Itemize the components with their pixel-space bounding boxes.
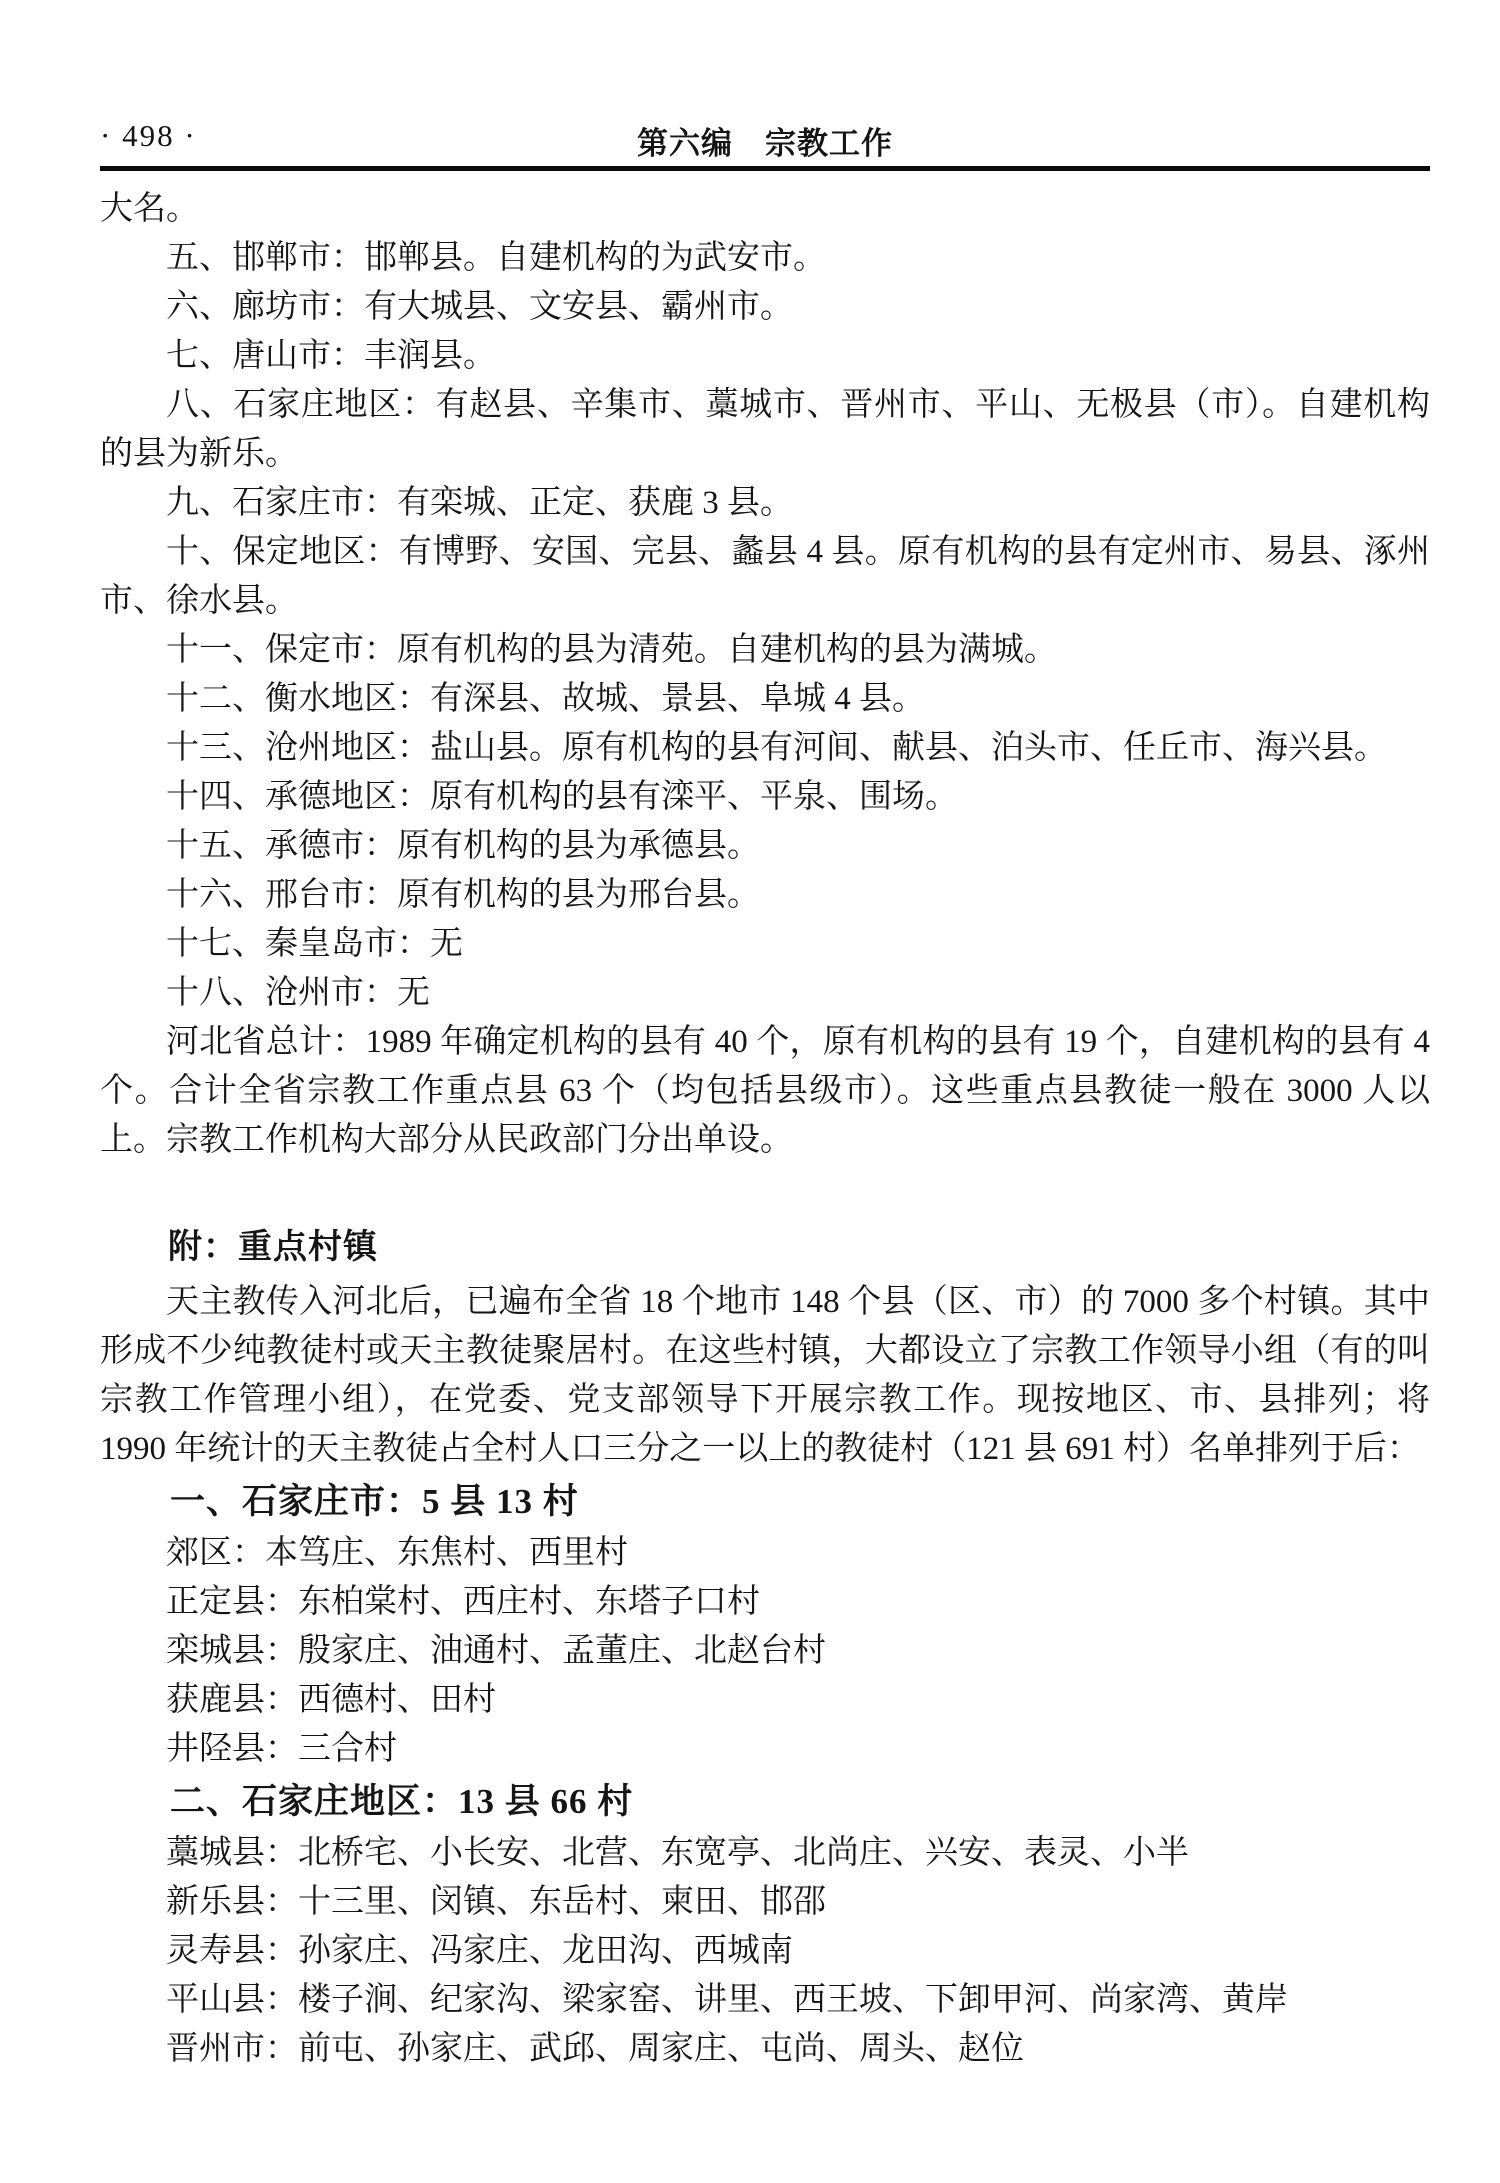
numbered-item-6: 六、廊坊市：有大城县、文安县、霸州市。 [100,283,1430,332]
body-text: 大名。 五、邯郸市：邯郸县。自建机构的为武安市。 六、廊坊市：有大城县、文安县、… [100,185,1430,2074]
numbered-item-11: 十一、保定市：原有机构的县为清苑。自建机构的县为满城。 [100,626,1430,675]
village-row: 平山县：楼子涧、纪家沟、梁家窑、讲里、西王坡、下卸甲河、尚家湾、黄岸 [100,1976,1430,2025]
continuation-line: 大名。 [100,185,1430,234]
village-row: 栾城县：殷家庄、油通村、孟董庄、北赵台村 [100,1627,1430,1676]
appendix-heading: 附：重点村镇 [100,1223,1430,1272]
province-summary: 河北省总计：1989 年确定机构的县有 40 个，原有机构的县有 19 个，自建… [100,1018,1430,1165]
village-row: 灵寿县：孙家庄、冯家庄、龙田沟、西城南 [100,1927,1430,1976]
village-row: 郊区：本笃庄、东焦村、西里村 [100,1529,1430,1578]
numbered-item-13: 十三、沧州地区：盐山县。原有机构的县有河间、献县、泊头市、任丘市、海兴县。 [100,724,1430,773]
village-row: 晋州市：前屯、孙家庄、武邱、周家庄、屯尚、周头、赵位 [100,2025,1430,2074]
section-heading-2: 二、石家庄地区：13 县 66 村 [100,1774,1430,1829]
numbered-item-16: 十六、邢台市：原有机构的县为邢台县。 [100,871,1430,920]
numbered-item-18: 十八、沧州市：无 [100,969,1430,1018]
village-row: 井陉县：三合村 [100,1725,1430,1774]
section-heading-1: 一、石家庄市：5 县 13 村 [100,1474,1430,1529]
numbered-item-17: 十七、秦皇岛市：无 [100,920,1430,969]
numbered-item-15: 十五、承德市：原有机构的县为承德县。 [100,822,1430,871]
numbered-item-8: 八、石家庄地区：有赵县、辛集市、藁城市、晋州市、平山、无极县（市）。自建机构的县… [100,381,1430,479]
running-head: · 498 · 第六编 宗教工作 [100,118,1430,158]
numbered-item-10: 十、保定地区：有博野、安国、完县、蠡县 4 县。原有机构的县有定州市、易县、涿州… [100,528,1430,626]
village-row: 新乐县：十三里、闵镇、东岳村、柬田、邯邵 [100,1878,1430,1927]
numbered-item-14: 十四、承德地区：原有机构的县有滦平、平泉、围场。 [100,773,1430,822]
village-row: 获鹿县：西德村、田村 [100,1676,1430,1725]
document-page: · 498 · 第六编 宗教工作 大名。 五、邯郸市：邯郸县。自建机构的为武安市… [0,0,1500,2183]
numbered-item-9: 九、石家庄市：有栾城、正定、获鹿 3 县。 [100,479,1430,528]
numbered-item-12: 十二、衡水地区：有深县、故城、景县、阜城 4 县。 [100,675,1430,724]
edition-title: 第六编 宗教工作 [100,118,1430,163]
numbered-item-7: 七、唐山市：丰润县。 [100,332,1430,381]
village-row: 正定县：东柏棠村、西庄村、东塔子口村 [100,1578,1430,1627]
village-row: 藁城县：北桥宅、小长安、北营、东宽亭、北尚庄、兴安、表灵、小半 [100,1829,1430,1878]
header-divider [100,166,1430,171]
numbered-item-5: 五、邯郸市：邯郸县。自建机构的为武安市。 [100,234,1430,283]
appendix-intro: 天主教传入河北后，已遍布全省 18 个地市 148 个县（区、市）的 7000 … [100,1278,1430,1474]
